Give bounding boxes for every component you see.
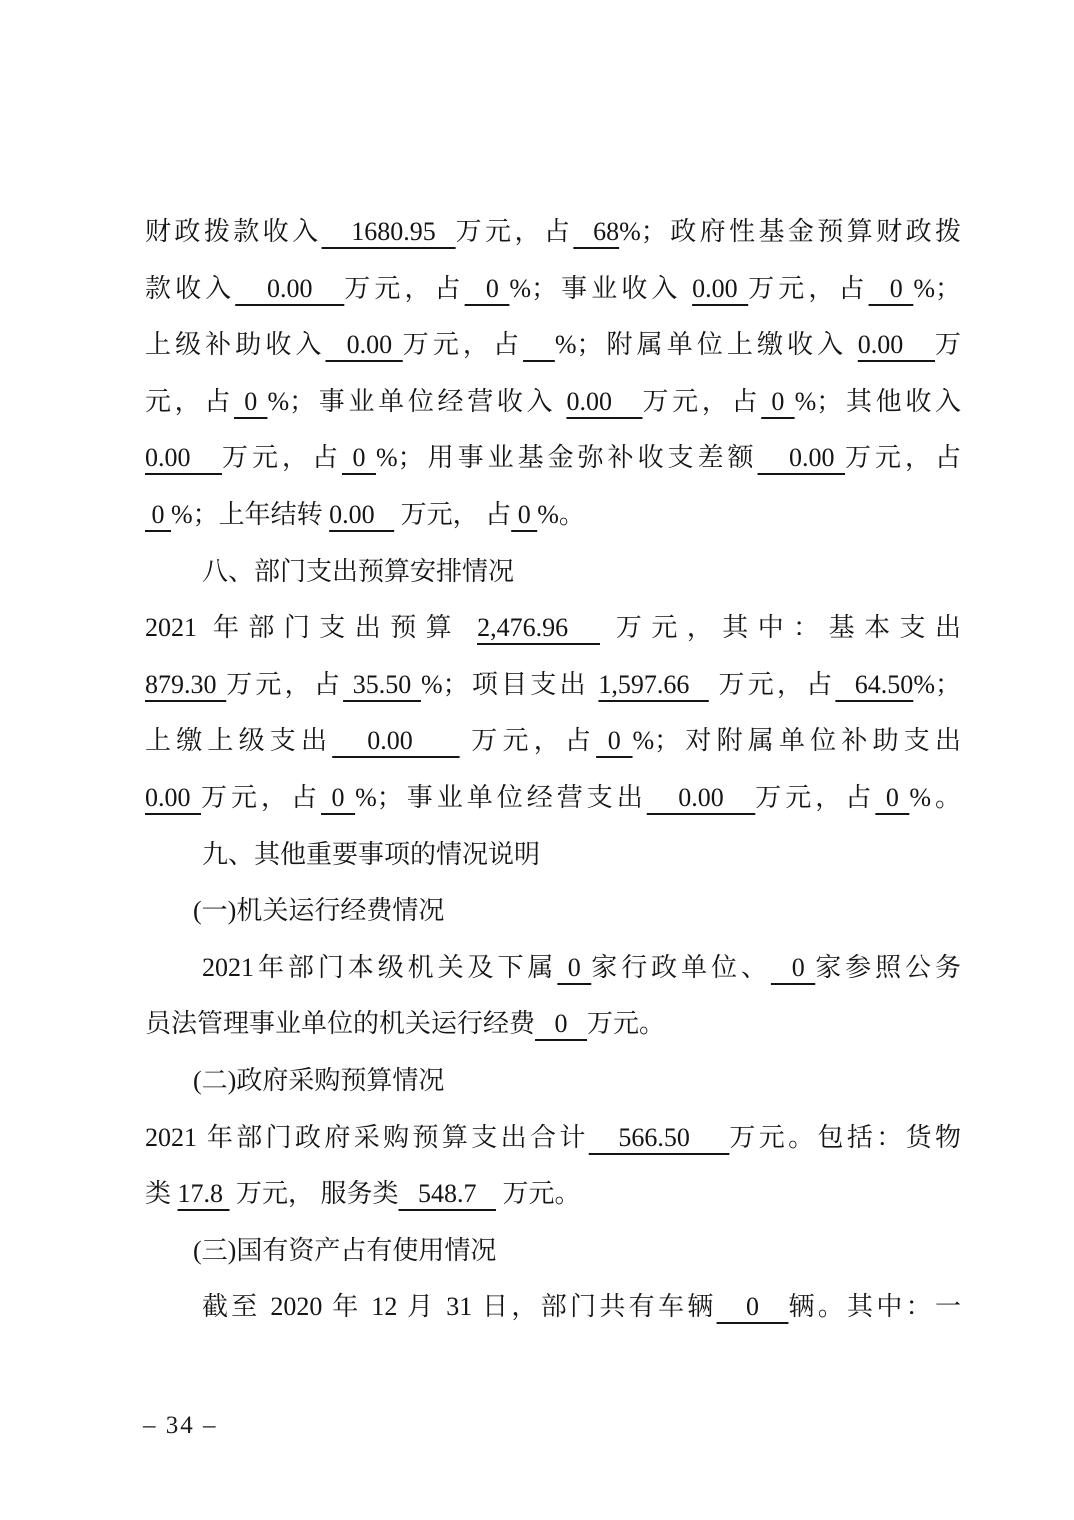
section-8-heading: 八、部门支出预算安排情况 bbox=[145, 544, 961, 601]
income-funding-line-1: 财政拨款收入 1680.95 万元，占 68%；政府性基金预算财政拨 bbox=[145, 204, 961, 261]
text-run: %；政府性基金预算财政拨 bbox=[619, 217, 961, 246]
expenditure-line-1: 2021 年部门支出预算 2,476.96 万元，其中：基本支出 bbox=[145, 600, 961, 657]
income-funding-line-6: 0 %；上年结转 0.00 万元， 占 0 %。 bbox=[145, 487, 961, 544]
operating-funds-line-2: 员法管理事业单位的机关运行经费 0 万元。 bbox=[145, 996, 961, 1053]
expenditure-line-3: 上缴上级支出 0.00 万元，占 0 %；对附属单位补助支出 bbox=[145, 713, 961, 770]
text-run: %；用事业基金弥补收支差额 bbox=[376, 443, 758, 472]
procurement-line-1: 2021 年部门政府采购预算支出合计 566.50 万元。包括：货物 bbox=[145, 1110, 961, 1167]
blank-underline-value: 0.00 bbox=[647, 783, 756, 812]
operating-funds-line-1: 2021年部门本级机关及下属 0 家行政单位、 0 家参照公务 bbox=[145, 940, 961, 997]
page-number: – 34 – bbox=[143, 1412, 218, 1440]
blank-underline-value: 68 bbox=[573, 217, 619, 246]
blank-underline-value bbox=[523, 330, 555, 359]
blank-underline-value: 0 bbox=[596, 726, 632, 755]
text-run: 万元。包括：货物 bbox=[729, 1123, 961, 1152]
text-run: 万元， 服务类 bbox=[230, 1179, 399, 1208]
income-funding-line-2: 款收入 0.00 万元，占 0 %；事业收入 0.00 万元，占 0 %； bbox=[145, 261, 961, 318]
text-run: 上级补助收入 bbox=[145, 330, 325, 359]
text-run: %；附属单位上缴收入 bbox=[555, 330, 858, 359]
blank-underline-value: 879.30 bbox=[145, 670, 226, 699]
text-run: 九、其他重要事项的情况说明 bbox=[202, 840, 540, 869]
text-run: 类 bbox=[145, 1179, 178, 1208]
text-run: 员法管理事业单位的机关运行经费 bbox=[145, 1009, 535, 1038]
blank-underline-value: 0 bbox=[145, 500, 171, 529]
text-run: 万元，占 bbox=[460, 726, 597, 755]
blank-underline-value: 0 bbox=[511, 500, 537, 529]
text-run: 万元，占 bbox=[748, 274, 868, 303]
text-run: 万 bbox=[935, 330, 961, 359]
income-funding-line-3: 上级补助收入 0.00 万元，占 %；附属单位上缴收入 0.00 万 bbox=[145, 317, 961, 374]
subsection-2-heading: (二)政府采购预算情况 bbox=[145, 1053, 961, 1110]
income-funding-line-5: 0.00 万元，占 0 %；用事业基金弥补收支差额 0.00 万元，占 bbox=[145, 430, 961, 487]
text-run: 财政拨款收入 bbox=[145, 217, 322, 246]
document-body: 财政拨款收入 1680.95 万元，占 68%；政府性基金预算财政拨款收入 0.… bbox=[145, 204, 961, 1336]
blank-underline-value: 35.50 bbox=[343, 670, 421, 699]
text-run: (三)国有资产占有使用情况 bbox=[193, 1236, 496, 1265]
text-run: 八、部门支出预算安排情况 bbox=[202, 557, 514, 586]
procurement-line-2: 类 17.8 万元， 服务类 548.7 万元。 bbox=[145, 1166, 961, 1223]
text-run: 万元，占 bbox=[226, 670, 343, 699]
blank-underline-value: 0.00 bbox=[332, 726, 459, 755]
blank-underline-value: 1,597.66 bbox=[598, 670, 708, 699]
text-run: 万元， 占 bbox=[394, 500, 511, 529]
blank-underline-value: 566.50 bbox=[589, 1123, 730, 1152]
blank-underline-value: 0.00 bbox=[325, 330, 402, 359]
text-run: %；事业单位经营支出 bbox=[355, 783, 647, 812]
blank-underline-value: 0 bbox=[761, 387, 794, 416]
text-run: 万元，占 bbox=[222, 443, 342, 472]
text-run: %；其他收入 bbox=[795, 387, 961, 416]
text-run: 辆。其中：一 bbox=[788, 1292, 961, 1321]
blank-underline-value: 0.00 bbox=[145, 443, 222, 472]
text-run: 家参照公务 bbox=[815, 953, 961, 982]
text-run: 万元，占 bbox=[755, 783, 875, 812]
blank-underline-value: 0.00 bbox=[692, 274, 748, 303]
text-run: 万元。 bbox=[587, 1009, 665, 1038]
text-run: 万元，占 bbox=[845, 443, 961, 472]
text-run: %； bbox=[913, 274, 961, 303]
text-run: %；上年结转 bbox=[171, 500, 329, 529]
text-run: 2021 年部门支出预算 bbox=[145, 613, 477, 642]
text-run: 万元，占 bbox=[709, 670, 836, 699]
blank-underline-value: 0.00 bbox=[235, 274, 344, 303]
blank-underline-value: 64.50 bbox=[835, 670, 913, 699]
blank-underline-value: 0 bbox=[869, 274, 914, 303]
text-run: %； bbox=[913, 670, 961, 699]
state-assets-line-1: 截至 2020 年 12 月 31 日，部门共有车辆 0 辆。其中：一 bbox=[145, 1279, 961, 1336]
text-run: 万元，占 bbox=[403, 330, 523, 359]
blank-underline-value: 17.8 bbox=[178, 1179, 230, 1208]
blank-underline-value: 0.00 bbox=[329, 500, 394, 529]
text-run: 家行政单位、 bbox=[591, 953, 771, 982]
text-run: 2021 年部门政府采购预算支出合计 bbox=[145, 1123, 589, 1152]
blank-underline-value: 0 bbox=[535, 1009, 587, 1038]
blank-underline-value: 0 bbox=[557, 953, 591, 982]
section-9-heading: 九、其他重要事项的情况说明 bbox=[145, 827, 961, 884]
text-run: 万元，占 bbox=[201, 783, 321, 812]
blank-underline-value: 0 bbox=[234, 387, 267, 416]
blank-underline-value: 2,476.96 bbox=[477, 613, 600, 642]
text-run: 元，占 bbox=[145, 387, 234, 416]
text-run: 万元，占 bbox=[456, 217, 574, 246]
text-run: 万元，占 bbox=[643, 387, 762, 416]
blank-underline-value: 0 bbox=[875, 783, 909, 812]
blank-underline-value: 0.00 bbox=[858, 330, 935, 359]
text-run: %；对附属单位补助支出 bbox=[633, 726, 961, 755]
blank-underline-value: 0 bbox=[321, 783, 355, 812]
blank-underline-value: 0.00 bbox=[566, 387, 642, 416]
blank-underline-value: 0.00 bbox=[145, 783, 201, 812]
expenditure-line-2: 879.30 万元，占 35.50 %；项目支出 1,597.66 万元，占 6… bbox=[145, 657, 961, 714]
text-run: 款收入 bbox=[145, 274, 235, 303]
income-funding-line-4: 元，占 0 %；事业单位经营收入 0.00 万元，占 0 %；其他收入 bbox=[145, 374, 961, 431]
text-run: %；事业收入 bbox=[509, 274, 692, 303]
text-run: %；项目支出 bbox=[421, 670, 598, 699]
expenditure-line-4: 0.00 万元，占 0 %；事业单位经营支出 0.00 万元，占 0 %。 bbox=[145, 770, 961, 827]
text-run: %。 bbox=[537, 500, 585, 529]
blank-underline-value: 0 bbox=[717, 1292, 789, 1321]
text-run: 万元。 bbox=[496, 1179, 581, 1208]
text-run: 万元，其中：基本支出 bbox=[600, 613, 961, 642]
text-run: 上缴上级支出 bbox=[145, 726, 332, 755]
subsection-3-heading: (三)国有资产占有使用情况 bbox=[145, 1223, 961, 1280]
text-run: %。 bbox=[909, 783, 961, 812]
text-run: 截至 2020 年 12 月 31 日，部门共有车辆 bbox=[202, 1292, 717, 1321]
text-run: (一)机关运行经费情况 bbox=[193, 896, 444, 925]
text-run: (二)政府采购预算情况 bbox=[193, 1066, 444, 1095]
blank-underline-value: 0 bbox=[342, 443, 376, 472]
blank-underline-value: 1680.95 bbox=[322, 217, 456, 246]
blank-underline-value: 0.00 bbox=[758, 443, 845, 472]
subsection-1-heading: (一)机关运行经费情况 bbox=[145, 883, 961, 940]
text-run: 万元，占 bbox=[344, 274, 464, 303]
text-run: 2021年部门本级机关及下属 bbox=[202, 953, 557, 982]
blank-underline-value: 548.7 bbox=[399, 1179, 497, 1208]
text-run: %；事业单位经营收入 bbox=[267, 387, 566, 416]
blank-underline-value: 0 bbox=[771, 953, 815, 982]
blank-underline-value: 0 bbox=[465, 274, 510, 303]
